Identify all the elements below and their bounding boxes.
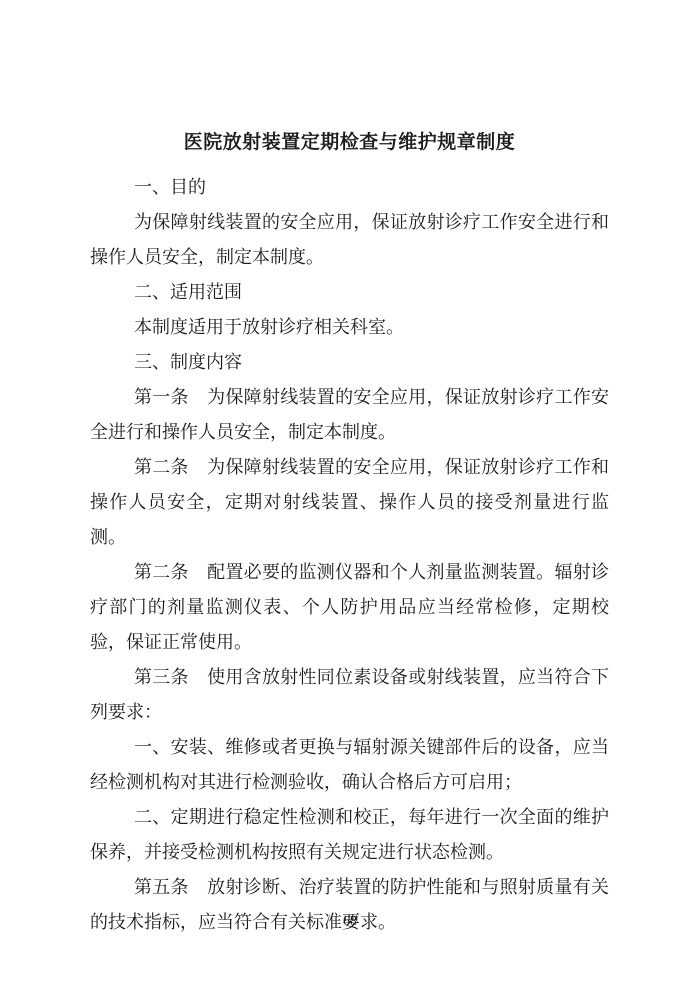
document-title: 医院放射装置定期检查与维护规章制度 — [90, 126, 609, 160]
document-blocks: 一、目的为保障射线装置的安全应用，保证放射诊疗工作安全进行和操作人员安全，制定本… — [90, 170, 609, 940]
document-body: 医院放射装置定期检查与维护规章制度 一、目的为保障射线装置的安全应用，保证放射诊… — [90, 126, 609, 940]
paragraph: 第一条 为保障射线装置的安全应用，保证放射诊疗工作安全进行和操作人员安全，制定本… — [90, 380, 609, 450]
paragraph: 二、定期进行稳定性检测和校正，每年进行一次全面的维护保养，并接受检测机构按照有关… — [90, 800, 609, 870]
document-page: 医院放射装置定期检查与维护规章制度 一、目的为保障射线装置的安全应用，保证放射诊… — [0, 0, 700, 990]
paragraph: 为保障射线装置的安全应用，保证放射诊疗工作安全进行和操作人员安全，制定本制度。 — [90, 205, 609, 275]
paragraph: 第三条 使用含放射性同位素设备或射线装置，应当符合下列要求： — [90, 660, 609, 730]
paragraph: 一、安装、维修或者更换与辐射源关键部件后的设备，应当经检测机构对其进行检测验收，… — [90, 730, 609, 800]
section-heading: 一、目的 — [90, 170, 609, 205]
section-heading: 三、制度内容 — [90, 345, 609, 380]
paragraph: 第二条 配置必要的监测仪器和个人剂量监测装置。辐射诊疗部门的剂量监测仪表、个人防… — [90, 555, 609, 660]
paragraph: 第二条 为保障射线装置的安全应用，保证放射诊疗工作和操作人员安全，定期对射线装置… — [90, 450, 609, 555]
paragraph: 本制度适用于放射诊疗相关科室。 — [90, 310, 609, 345]
section-heading: 二、适用范围 — [90, 275, 609, 310]
page-number: 68 — [0, 913, 700, 931]
